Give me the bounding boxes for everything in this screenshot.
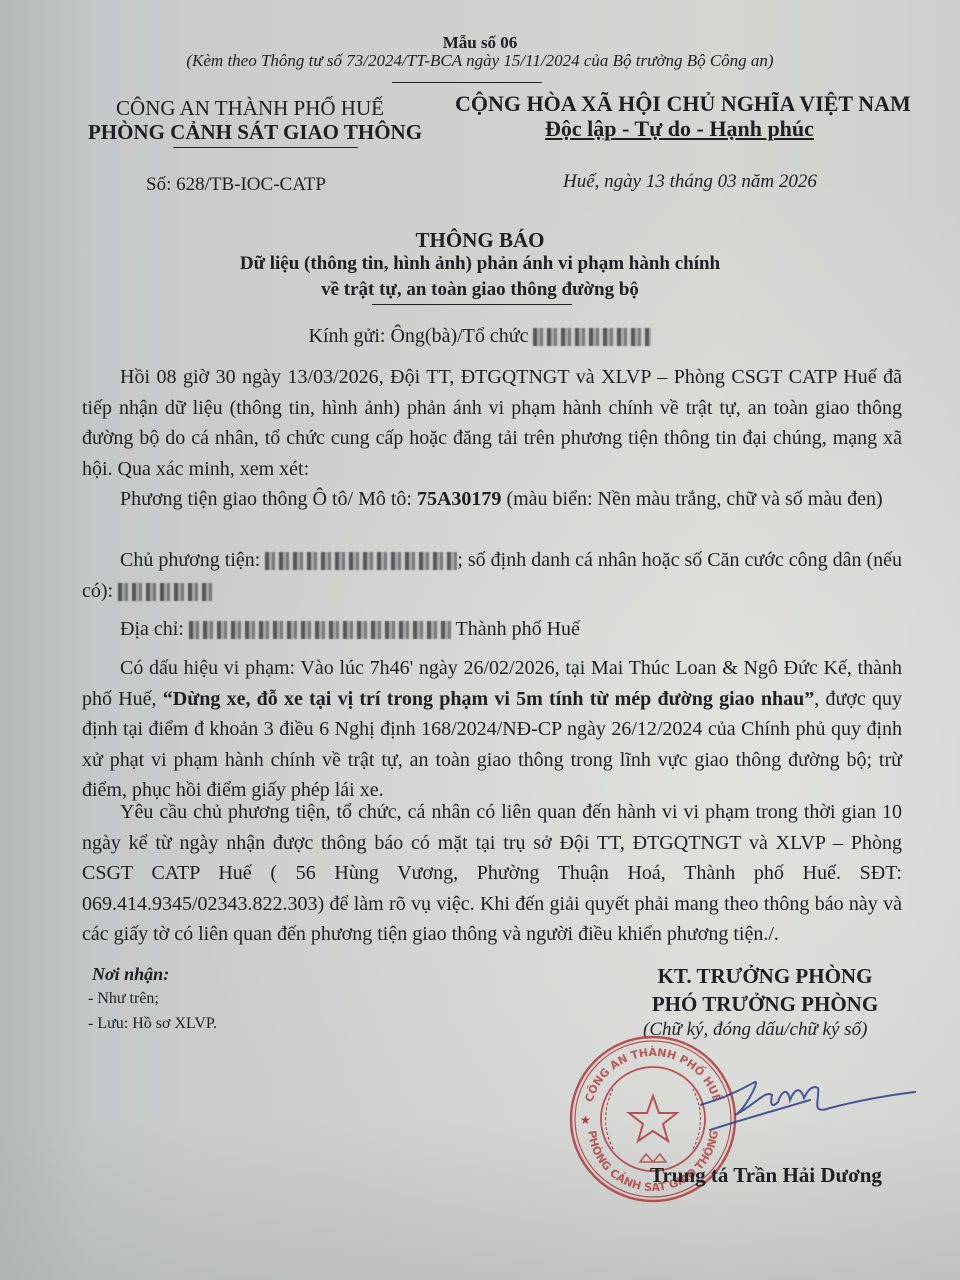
recipient-item: - Như trên; <box>88 990 159 1008</box>
paper-shadow-left <box>0 0 90 1280</box>
signature-title-line2: PHÓ TRƯỞNG PHÒNG <box>600 992 930 1017</box>
vehicle-prefix: Phương tiện giao thông Ô tô/ Mô tô: <box>120 488 417 510</box>
agency-parent: CÔNG AN THÀNH PHỐ HUẾ <box>80 96 420 121</box>
paragraph-address: Địa chỉ: Thành phố Huế <box>82 614 902 645</box>
redacted-id-number <box>118 583 213 601</box>
form-reference: (Kèm theo Thông tư số 73/2024/TT-BCA ngà… <box>0 51 960 71</box>
owner-prefix: Chủ phương tiện: <box>120 549 265 571</box>
document-subtitle-line2: về trật tự, an toàn giao thông đường bộ <box>0 279 960 301</box>
salutation-prefix: Kính gửi: Ông(bà)/Tổ chức <box>309 325 529 347</box>
paragraph-owner: Chủ phương tiện: ; số định danh cá nhân … <box>82 545 902 606</box>
nation-title: CỘNG HÒA XÃ HỘI CHỦ NGHĨA VIỆT NAM <box>455 91 911 117</box>
violation-offense: “Dừng xe, đỗ xe tại vị trí trong phạm vi… <box>163 688 814 710</box>
agency-unit: PHÒNG CẢNH SÁT GIAO THÔNG <box>70 120 440 145</box>
document-subtitle-line1: Dữ liệu (thông tin, hình ảnh) phản ánh v… <box>0 253 960 275</box>
document-place-date: Huế, ngày 13 tháng 03 năm 2026 <box>563 171 817 193</box>
national-motto: Độc lập - Tự do - Hạnh phúc <box>545 116 814 142</box>
handwritten-signature-icon <box>700 1060 920 1160</box>
signature-title-line1: KT. TRƯỞNG PHÒNG <box>600 964 930 989</box>
vehicle-plate-color: (màu biển: Nền màu trắng, chữ và số màu … <box>501 488 882 510</box>
paragraph-vehicle: Phương tiện giao thông Ô tô/ Mô tô: 75A3… <box>82 484 902 515</box>
divider <box>173 147 358 148</box>
request-text: Yêu cầu chủ phương tiện, tổ chức, cá nhâ… <box>82 797 902 950</box>
document-title: THÔNG BÁO <box>0 228 960 253</box>
paragraph-intro: Hồi 08 giờ 30 ngày 13/03/2026, Đội TT, Đ… <box>82 362 902 484</box>
redacted-street-address <box>189 621 451 639</box>
redacted-recipient-name <box>533 328 651 346</box>
recipient-item: - Lưu: Hồ sơ XLVP. <box>88 1015 217 1033</box>
redacted-owner-name <box>265 552 457 570</box>
address-prefix: Địa chỉ: <box>120 618 189 640</box>
recipients-label: Nơi nhận: <box>92 964 169 985</box>
intro-text: Hồi 08 giờ 30 ngày 13/03/2026, Đội TT, Đ… <box>82 362 902 484</box>
address-city: Thành phố Huế <box>451 618 580 640</box>
divider <box>372 304 572 305</box>
salutation: Kính gửi: Ông(bà)/Tổ chức <box>0 325 960 348</box>
paragraph-violation: Có dấu hiệu vi phạm: Vào lúc 7h46' ngày … <box>82 653 902 806</box>
paragraph-request: Yêu cầu chủ phương tiện, tổ chức, cá nhâ… <box>82 797 902 950</box>
license-plate: 75A30179 <box>417 488 501 510</box>
svg-text:★: ★ <box>580 1113 591 1127</box>
signer-name: Trung tá Trần Hải Dương <box>650 1163 882 1188</box>
document-number: Số: 628/TB-IOC-CATP <box>146 174 326 196</box>
form-number: Mẫu số 06 <box>0 33 960 53</box>
divider <box>392 82 542 83</box>
